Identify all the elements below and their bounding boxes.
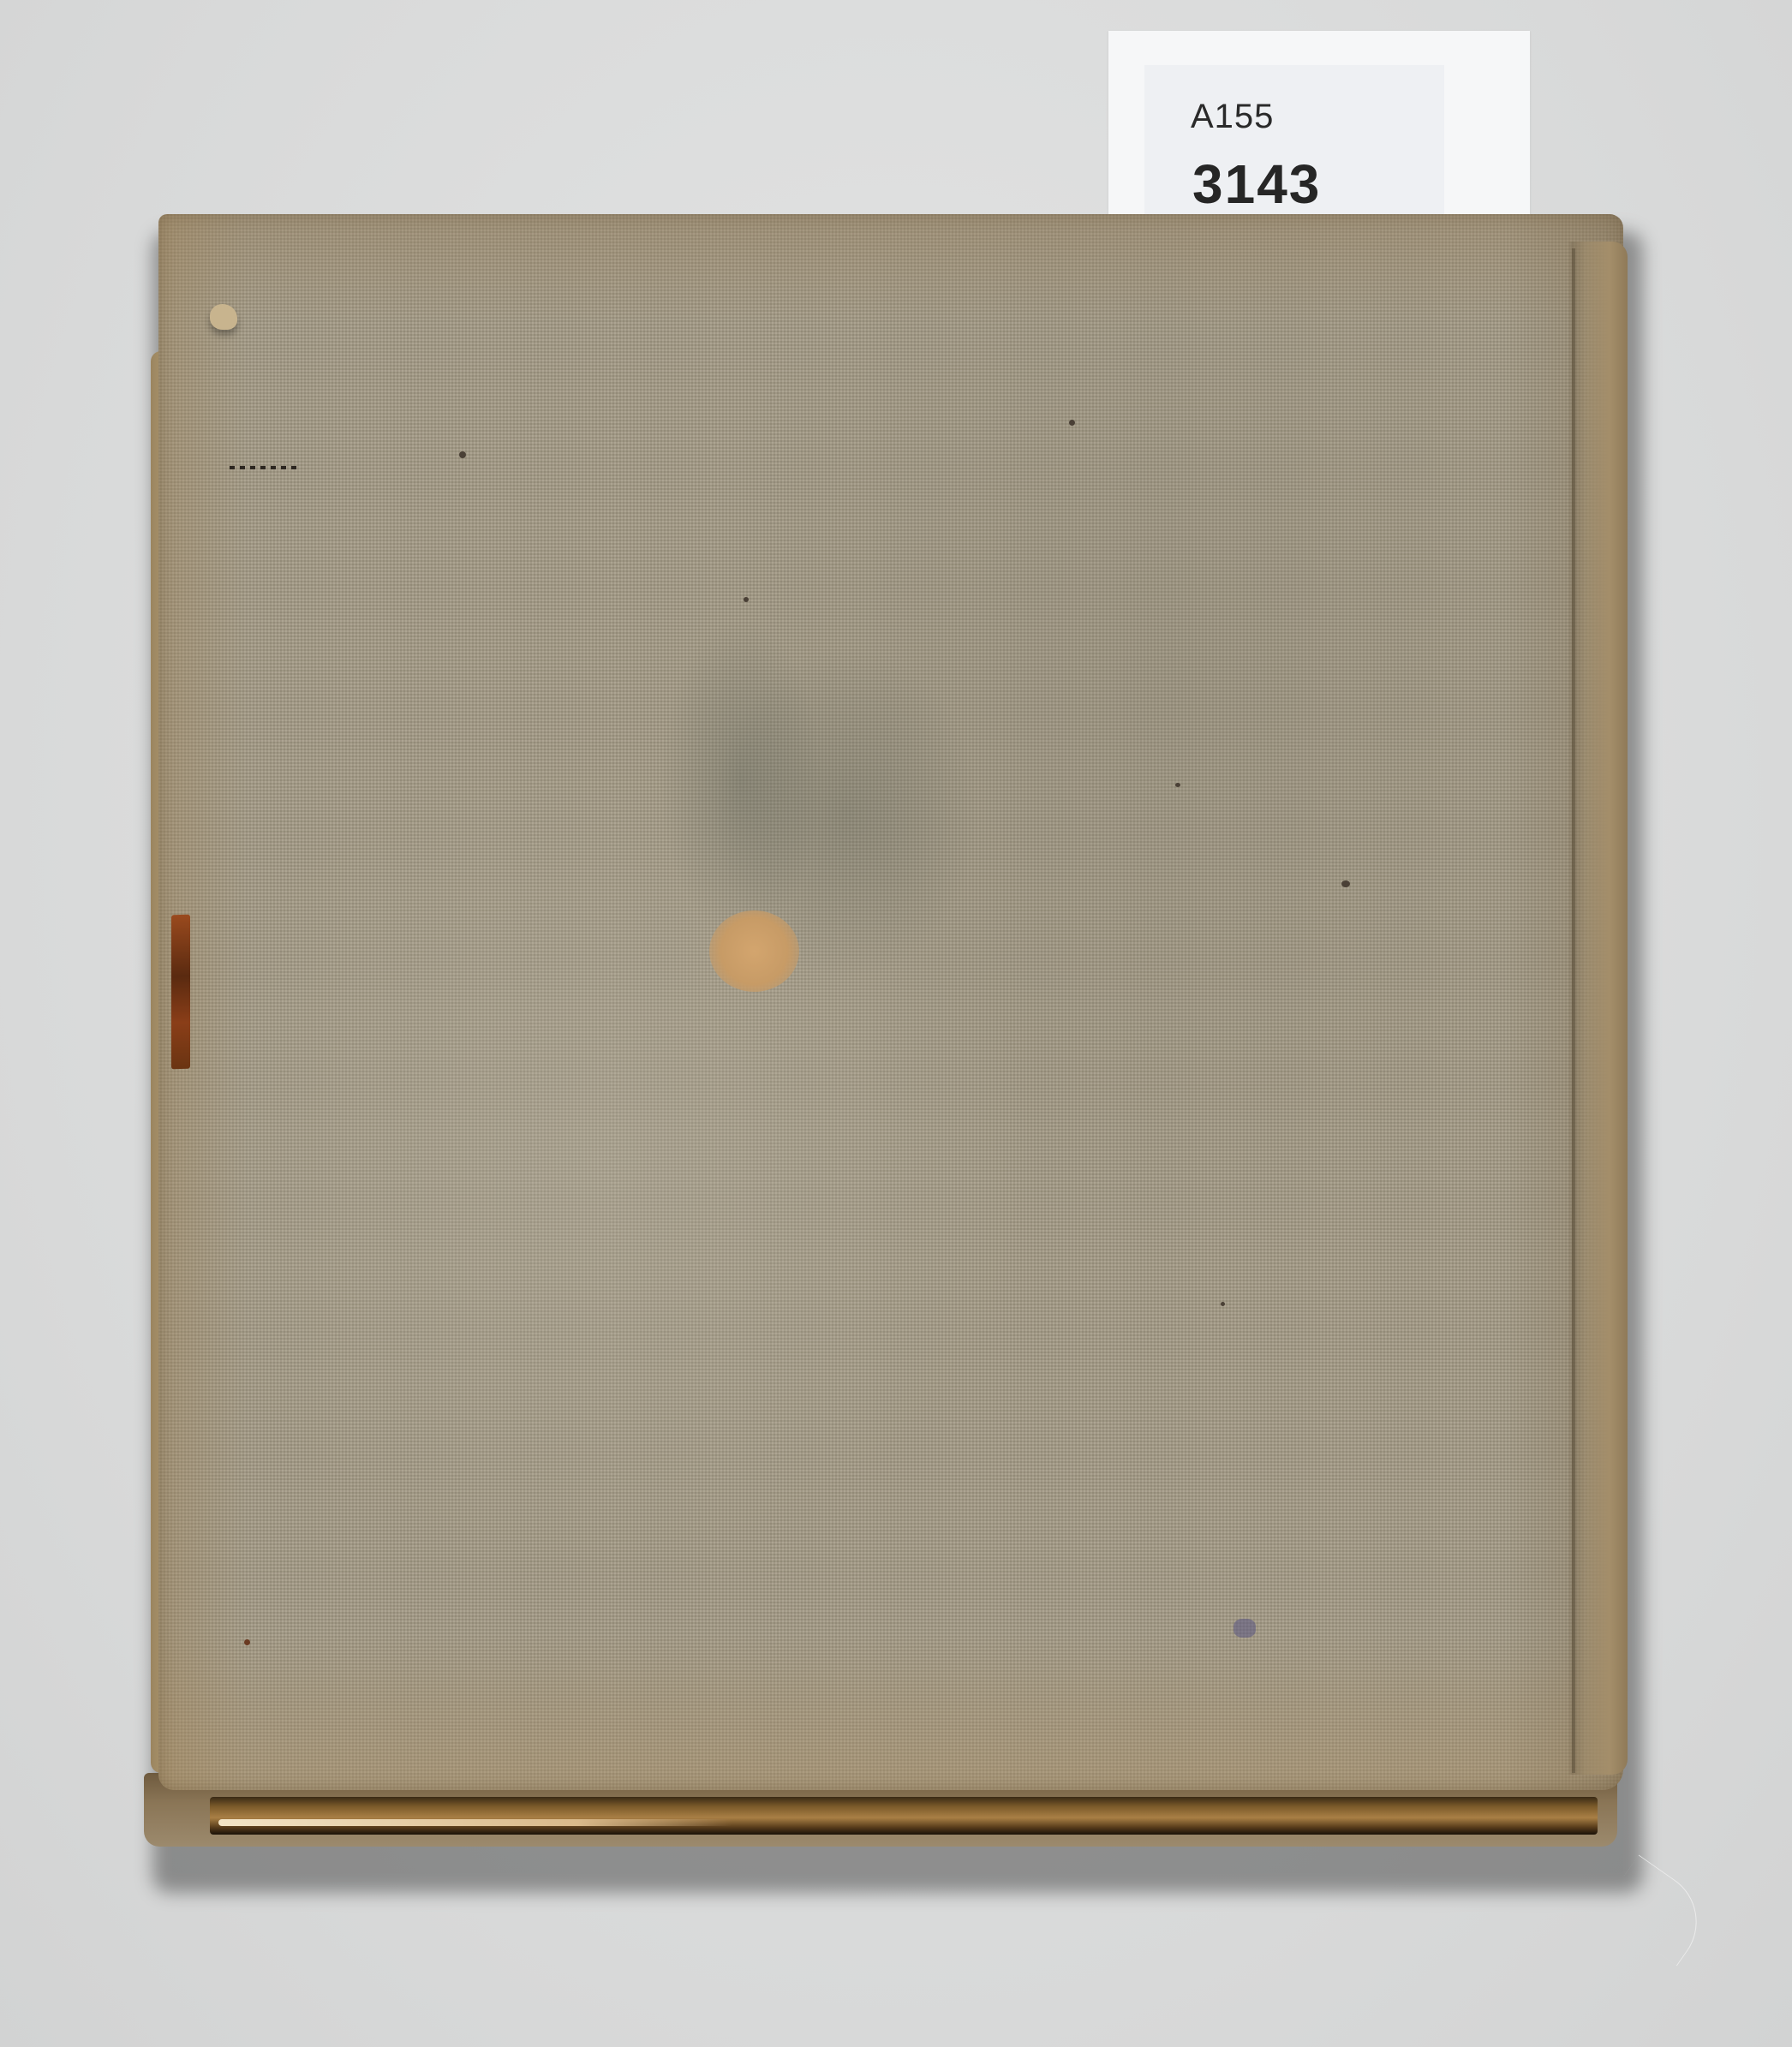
water-stain (660, 617, 822, 942)
dirt-speck (1069, 420, 1075, 426)
dirt-speck (1341, 880, 1350, 887)
dirt-speck (1175, 783, 1180, 787)
dirt-speck (744, 597, 749, 602)
lot-label-number: 3143 (1192, 152, 1321, 216)
book-spine (1568, 242, 1628, 1775)
lot-label-card: A155 3143 (1108, 31, 1530, 228)
dirt-speck (244, 1639, 250, 1645)
dirt-speck (1221, 1302, 1225, 1306)
book-page-edge-highlight (218, 1819, 732, 1826)
rusted-clasp-remnant (171, 915, 190, 1070)
lot-label-sticker: A155 3143 (1144, 65, 1444, 224)
ink-smudge (1233, 1619, 1256, 1638)
orange-stain-spot (709, 910, 799, 992)
book-page-block (210, 1797, 1598, 1835)
frayed-cloth-tuft (210, 304, 237, 330)
dirt-speck (459, 451, 466, 458)
book-cover (158, 214, 1623, 1790)
ink-dash-mark (230, 466, 298, 469)
book-spine-groove (1572, 248, 1575, 1773)
lot-label-code: A155 (1191, 98, 1274, 136)
